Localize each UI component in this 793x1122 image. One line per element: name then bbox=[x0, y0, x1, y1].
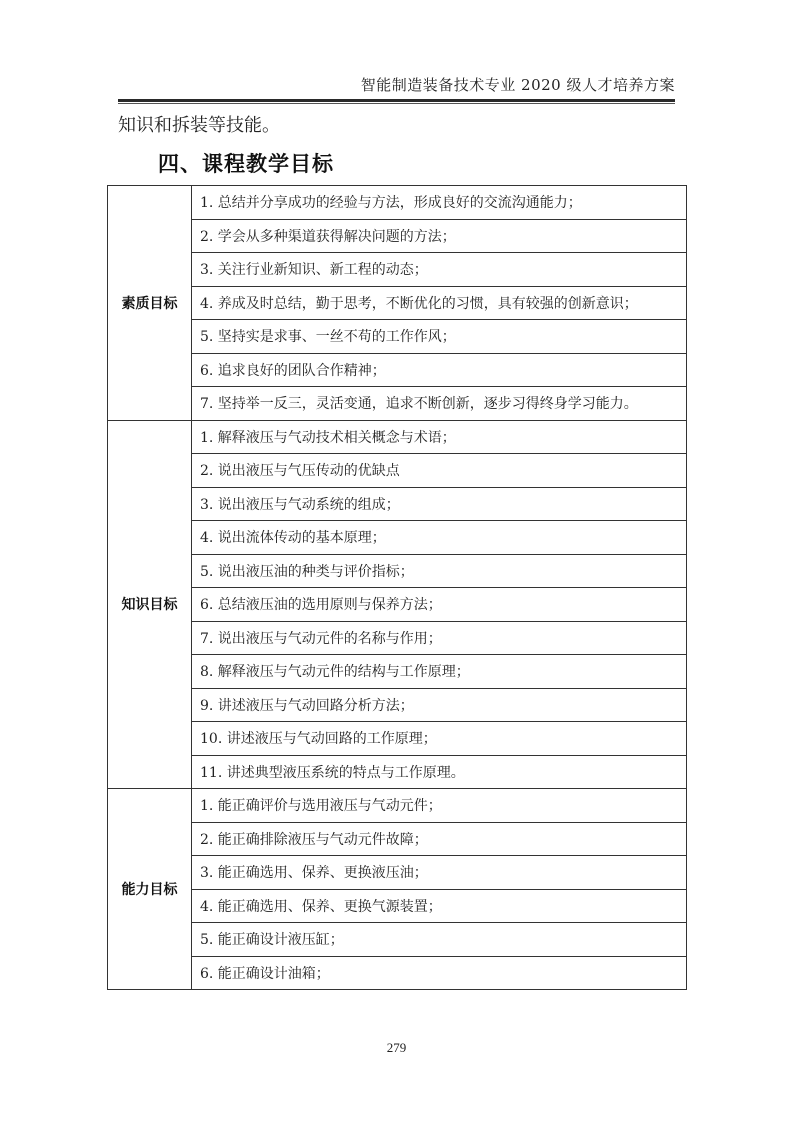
table-row: 3. 说出液压与气动系统的组成； bbox=[108, 487, 687, 521]
goal-item: 2. 说出液压与气压传动的优缺点 bbox=[192, 454, 687, 488]
intro-text: 知识和拆装等技能。 bbox=[118, 111, 280, 137]
goal-item: 3. 关注行业新知识、新工程的动态； bbox=[192, 253, 687, 287]
goal-item: 4. 养成及时总结，勤于思考，不断优化的习惯，具有较强的创新意识； bbox=[192, 286, 687, 320]
page-number: 279 bbox=[0, 1040, 793, 1056]
goal-item: 5. 说出液压油的种类与评价指标； bbox=[192, 554, 687, 588]
goal-item: 11. 讲述典型液压系统的特点与工作原理。 bbox=[192, 755, 687, 789]
table-row: 8. 解释液压与气动元件的结构与工作原理； bbox=[108, 655, 687, 689]
header-rule bbox=[118, 99, 675, 102]
table-row: 2. 说出液压与气压传动的优缺点 bbox=[108, 454, 687, 488]
goal-item: 2. 能正确排除液压与气动元件故障； bbox=[192, 822, 687, 856]
table-row: 4. 养成及时总结，勤于思考，不断优化的习惯，具有较强的创新意识； bbox=[108, 286, 687, 320]
table-row: 2. 学会从多种渠道获得解决问题的方法； bbox=[108, 219, 687, 253]
table-row: 知识目标 1. 解释液压与气动技术相关概念与术语； bbox=[108, 420, 687, 454]
goal-item: 2. 学会从多种渠道获得解决问题的方法； bbox=[192, 219, 687, 253]
goal-item: 1. 能正确评价与选用液压与气动元件； bbox=[192, 789, 687, 823]
goal-item: 5. 能正确设计液压缸； bbox=[192, 923, 687, 957]
table-row: 素质目标 1. 总结并分享成功的经验与方法，形成良好的交流沟通能力； bbox=[108, 186, 687, 220]
section-heading: 四、课程教学目标 bbox=[158, 148, 334, 178]
table-row: 6. 追求良好的团队合作精神； bbox=[108, 353, 687, 387]
table-row: 能力目标 1. 能正确评价与选用液压与气动元件； bbox=[108, 789, 687, 823]
table-row: 5. 能正确设计液压缸； bbox=[108, 923, 687, 957]
goal-item: 3. 能正确选用、保养、更换液压油； bbox=[192, 856, 687, 890]
goal-item: 10. 讲述液压与气动回路的工作原理； bbox=[192, 722, 687, 756]
table-row: 5. 说出液压油的种类与评价指标； bbox=[108, 554, 687, 588]
table-row: 6. 总结液压油的选用原则与保养方法； bbox=[108, 588, 687, 622]
table-row: 7. 说出液压与气动元件的名称与作用； bbox=[108, 621, 687, 655]
goal-item: 8. 解释液压与气动元件的结构与工作原理； bbox=[192, 655, 687, 689]
table-row: 4. 说出流体传动的基本原理； bbox=[108, 521, 687, 555]
table-row: 2. 能正确排除液压与气动元件故障； bbox=[108, 822, 687, 856]
goal-item: 3. 说出液压与气动系统的组成； bbox=[192, 487, 687, 521]
goal-item: 1. 解释液压与气动技术相关概念与术语； bbox=[192, 420, 687, 454]
category-quality-goals: 素质目标 bbox=[108, 186, 192, 421]
course-goals-table: 素质目标 1. 总结并分享成功的经验与方法，形成良好的交流沟通能力； 2. 学会… bbox=[107, 185, 687, 990]
table-row: 11. 讲述典型液压系统的特点与工作原理。 bbox=[108, 755, 687, 789]
goal-item: 5. 坚持实是求事、一丝不苟的工作作风； bbox=[192, 320, 687, 354]
table-row: 7. 坚持举一反三，灵活变通，追求不断创新，逐步习得终身学习能力。 bbox=[108, 387, 687, 421]
goal-item: 9. 讲述液压与气动回路分析方法； bbox=[192, 688, 687, 722]
table-row: 10. 讲述液压与气动回路的工作原理； bbox=[108, 722, 687, 756]
category-knowledge-goals: 知识目标 bbox=[108, 420, 192, 789]
goal-item: 4. 说出流体传动的基本原理； bbox=[192, 521, 687, 555]
table-row: 4. 能正确选用、保养、更换气源装置； bbox=[108, 889, 687, 923]
goal-item: 6. 追求良好的团队合作精神； bbox=[192, 353, 687, 387]
goal-item: 7. 说出液压与气动元件的名称与作用； bbox=[192, 621, 687, 655]
table-row: 3. 关注行业新知识、新工程的动态； bbox=[108, 253, 687, 287]
goal-item: 1. 总结并分享成功的经验与方法，形成良好的交流沟通能力； bbox=[192, 186, 687, 220]
goal-item: 7. 坚持举一反三，灵活变通，追求不断创新，逐步习得终身学习能力。 bbox=[192, 387, 687, 421]
table-row: 5. 坚持实是求事、一丝不苟的工作作风； bbox=[108, 320, 687, 354]
table-row: 6. 能正确设计油箱； bbox=[108, 956, 687, 990]
goal-item: 6. 能正确设计油箱； bbox=[192, 956, 687, 990]
goal-item: 6. 总结液压油的选用原则与保养方法； bbox=[192, 588, 687, 622]
table-row: 3. 能正确选用、保养、更换液压油； bbox=[108, 856, 687, 890]
goal-item: 4. 能正确选用、保养、更换气源装置； bbox=[192, 889, 687, 923]
category-ability-goals: 能力目标 bbox=[108, 789, 192, 990]
page-header-title: 智能制造装备技术专业 2020 级人才培养方案 bbox=[361, 74, 675, 95]
table-row: 9. 讲述液压与气动回路分析方法； bbox=[108, 688, 687, 722]
